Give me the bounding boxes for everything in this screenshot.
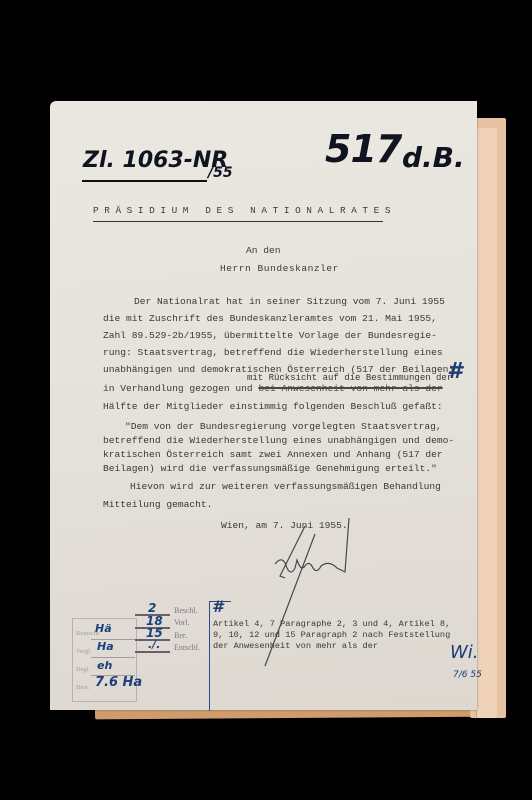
stamp-label: Begl. xyxy=(76,666,90,673)
handwritten-initials: Wi. xyxy=(450,642,479,663)
count-value: ./. xyxy=(148,638,160,651)
stacked-pages-inner xyxy=(476,128,497,718)
insertion-mark: # xyxy=(447,359,462,384)
footnote-line: 9, 10, 12 und 15 Paragraph 2 nach Festst… xyxy=(213,630,450,640)
stamp-label: Best. xyxy=(76,684,89,691)
signature xyxy=(245,516,365,676)
document-page: Zl. 1063-NR /55 517 d.B. PRÄSIDIUM DES N… xyxy=(50,101,477,710)
stamp-label: Vergl. xyxy=(76,648,92,655)
attachment-number: 517 xyxy=(325,127,401,171)
count-label: Entschl. xyxy=(174,643,200,652)
typed-insertion: mit Rücksicht auf die Bestimmungen der xyxy=(247,373,452,383)
body-text: in Verhandlung gezogen und xyxy=(103,383,258,394)
body-line: Der Nationalrat hat in seiner Sitzung vo… xyxy=(134,296,445,307)
stamp-rule xyxy=(91,657,135,658)
count-label: Ber. xyxy=(174,631,187,640)
closing-line: Hievon wird zur weiteren verfassungsmäßi… xyxy=(130,481,441,492)
handwritten-date: 7/6 55 xyxy=(453,670,482,680)
stamp-value: Hä xyxy=(95,622,112,635)
stamp-value: eh xyxy=(97,659,112,672)
footnote-mark: # xyxy=(212,597,223,616)
count-label: Beschl. xyxy=(174,606,198,615)
stamp-value: 7.6 Ha xyxy=(95,675,142,690)
body-line: rung: Staatsvertrag, betreffend die Wied… xyxy=(103,347,443,358)
registry-stamp: Reinschr. Hä Vergl. Ha Begl. eh Best. 7.… xyxy=(72,618,137,702)
footnote-line: Artikel 4, 7 Paragraphe 2, 3 und 4, Arti… xyxy=(213,619,450,629)
stamp-value: Ha xyxy=(97,640,114,653)
count-label: Vorl. xyxy=(174,618,190,627)
letterhead: PRÄSIDIUM DES NATIONALRATES xyxy=(93,205,396,216)
body-line: die mit Zuschrift des Bundeskanzleramtes… xyxy=(103,313,437,324)
resolution-line: "Dem von der Bundesregierung vorgelegten… xyxy=(125,421,442,432)
body-line-with-strike: in Verhandlung gezogen und bei Anwesenhe… xyxy=(103,383,443,394)
body-line: Hälfte der Mitglieder einstimmig folgend… xyxy=(103,401,443,412)
count-value: 2 xyxy=(148,601,156,615)
addressee-line1: An den xyxy=(246,245,281,256)
footnote-line: der Anwesenheit von mehr als der xyxy=(213,641,378,651)
addressee-line2: Herrn Bundeskanzler xyxy=(220,263,339,274)
resolution-line: kratischen Österreich samt zwei Annexen … xyxy=(103,449,443,460)
closing-line: Mitteilung gemacht. xyxy=(103,499,212,510)
reference-underline xyxy=(82,180,207,182)
resolution-line: Beilagen) wird die verfassungsmäßige Gen… xyxy=(103,463,437,474)
body-line: Zahl 89.529-2b/1955, übermittelte Vorlag… xyxy=(103,330,437,341)
resolution-line: betreffend die Wiederherstellung eines u… xyxy=(103,435,454,446)
reference-number: Zl. 1063-NR xyxy=(83,148,228,173)
letterhead-underline xyxy=(93,221,383,222)
reference-suffix: /55 xyxy=(208,165,233,181)
count-rule xyxy=(135,651,170,653)
attachment-suffix: d.B. xyxy=(402,141,465,174)
footnote-bracket-vertical xyxy=(209,601,210,711)
struck-text: bei Anwesenheit von mehr als der xyxy=(258,383,442,394)
